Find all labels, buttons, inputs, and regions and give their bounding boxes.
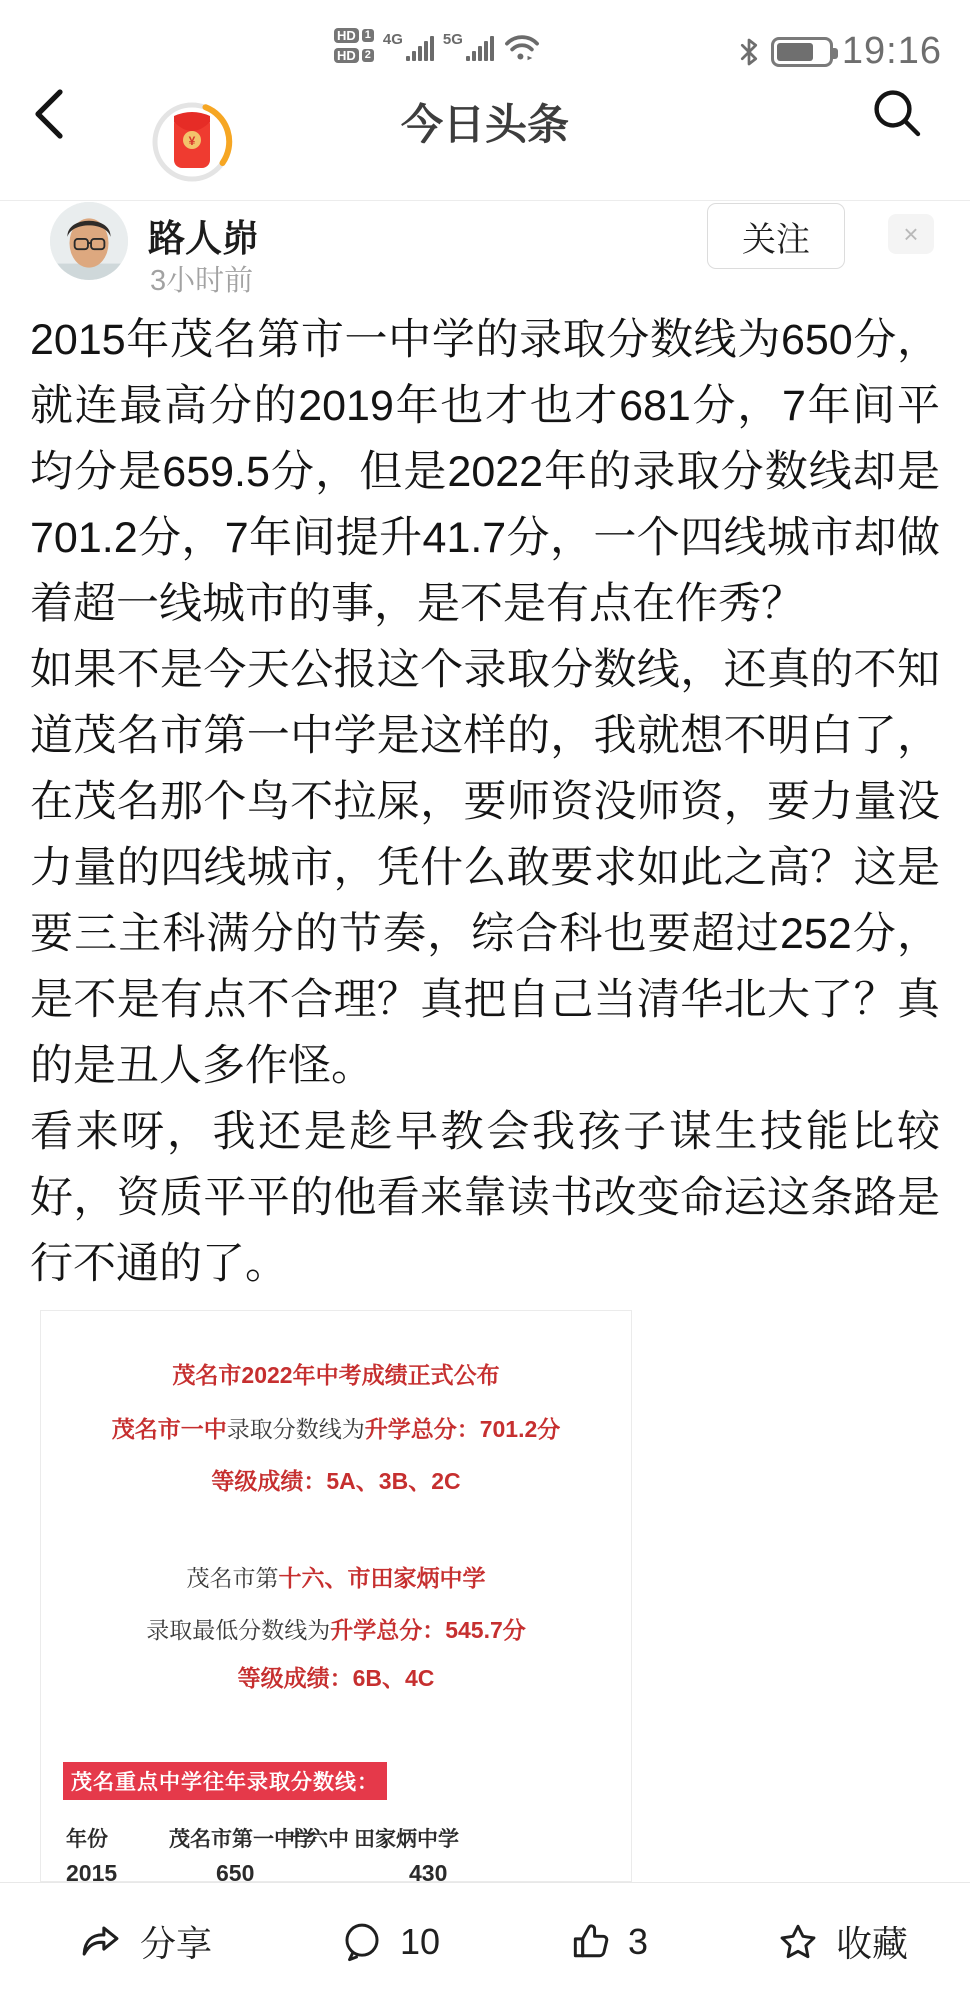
article-body: 2015年茂名第市一中学的录取分数线为650分，就连最高分的2019年也才也才6… [30, 307, 940, 1297]
paragraph: 2015年茂名第市一中学的录取分数线为650分，就连最高分的2019年也才也才6… [30, 307, 940, 637]
like-button[interactable]: 3 [568, 1920, 648, 1964]
signal-bars-icon [406, 36, 434, 61]
col-year: 年份 [66, 1823, 108, 1853]
image-line-minscore: 录取最低分数线为升学总分：545.7分 [41, 1612, 631, 1645]
star-icon [776, 1920, 820, 1964]
image-line-yizhong: 茂名市一中录取分数线为升学总分：701.2分 [41, 1411, 631, 1444]
thumbs-up-icon [568, 1920, 612, 1964]
close-icon: × [903, 219, 918, 250]
page-title: 今日头条 [0, 92, 970, 152]
col-school2: 十六中 [286, 1823, 349, 1853]
share-icon [78, 1920, 124, 1964]
share-button[interactable]: 分享 [78, 1916, 212, 1967]
signal-4g: 4G [383, 32, 434, 61]
wifi-icon [503, 30, 541, 62]
like-count: 3 [628, 1921, 648, 1963]
search-icon[interactable] [870, 86, 924, 142]
follow-button[interactable]: 关注 [707, 203, 845, 269]
image-highlight-bar: 茂名重点中学往年录取分数线： [63, 1762, 387, 1800]
comment-icon [340, 1920, 384, 1964]
status-bar-right-cluster: 19:16 [736, 30, 942, 73]
favorite-button[interactable]: 收藏 [776, 1916, 908, 1967]
bottom-toolbar: 分享 10 3 收藏 [0, 1882, 970, 2000]
paragraph: 如果不是今天公报这个录取分数线，还真的不知道茂名市第一中学是这样的，我就想不明白… [30, 637, 940, 1099]
image-line-grade2: 等级成绩：6B、4C [41, 1660, 631, 1693]
hd1-icon: HD [334, 28, 359, 43]
author-name[interactable]: 路人峁 [148, 208, 259, 262]
bluetooth-icon [736, 37, 762, 67]
comment-button[interactable]: 10 [340, 1920, 440, 1964]
signal-5g: 5G [443, 32, 494, 61]
image-line-grade1: 等级成绩：5A、3B、2C [41, 1463, 631, 1496]
clock-time: 19:16 [842, 30, 942, 73]
battery-icon [771, 37, 833, 67]
status-bar-signal-cluster: HD 1 HD 2 4G 5G [334, 28, 541, 61]
paragraph: 看来呀，我还是趁早教会我孩子谋生技能比较好，资质平平的他看来靠读书改变命运这条路… [30, 1099, 940, 1297]
hd-volte-icons: HD 1 HD 2 [334, 28, 374, 63]
hd2-icon: HD [334, 48, 359, 63]
comment-count: 10 [400, 1921, 440, 1963]
image-title: 茂名市2022年中考成绩正式公布 [41, 1357, 631, 1390]
close-button[interactable]: × [888, 214, 934, 254]
col-school3: 田家炳中学 [354, 1823, 459, 1853]
signal-bars-icon [466, 36, 494, 61]
embedded-score-image[interactable]: 茂名市2022年中考成绩正式公布 茂名市一中录取分数线为升学总分：701.2分 … [40, 1310, 632, 1882]
post-timestamp: 3小时前 [150, 258, 253, 299]
image-line-school2: 茂名市第十六、市田家炳中学 [41, 1560, 631, 1593]
avatar[interactable] [50, 202, 128, 280]
